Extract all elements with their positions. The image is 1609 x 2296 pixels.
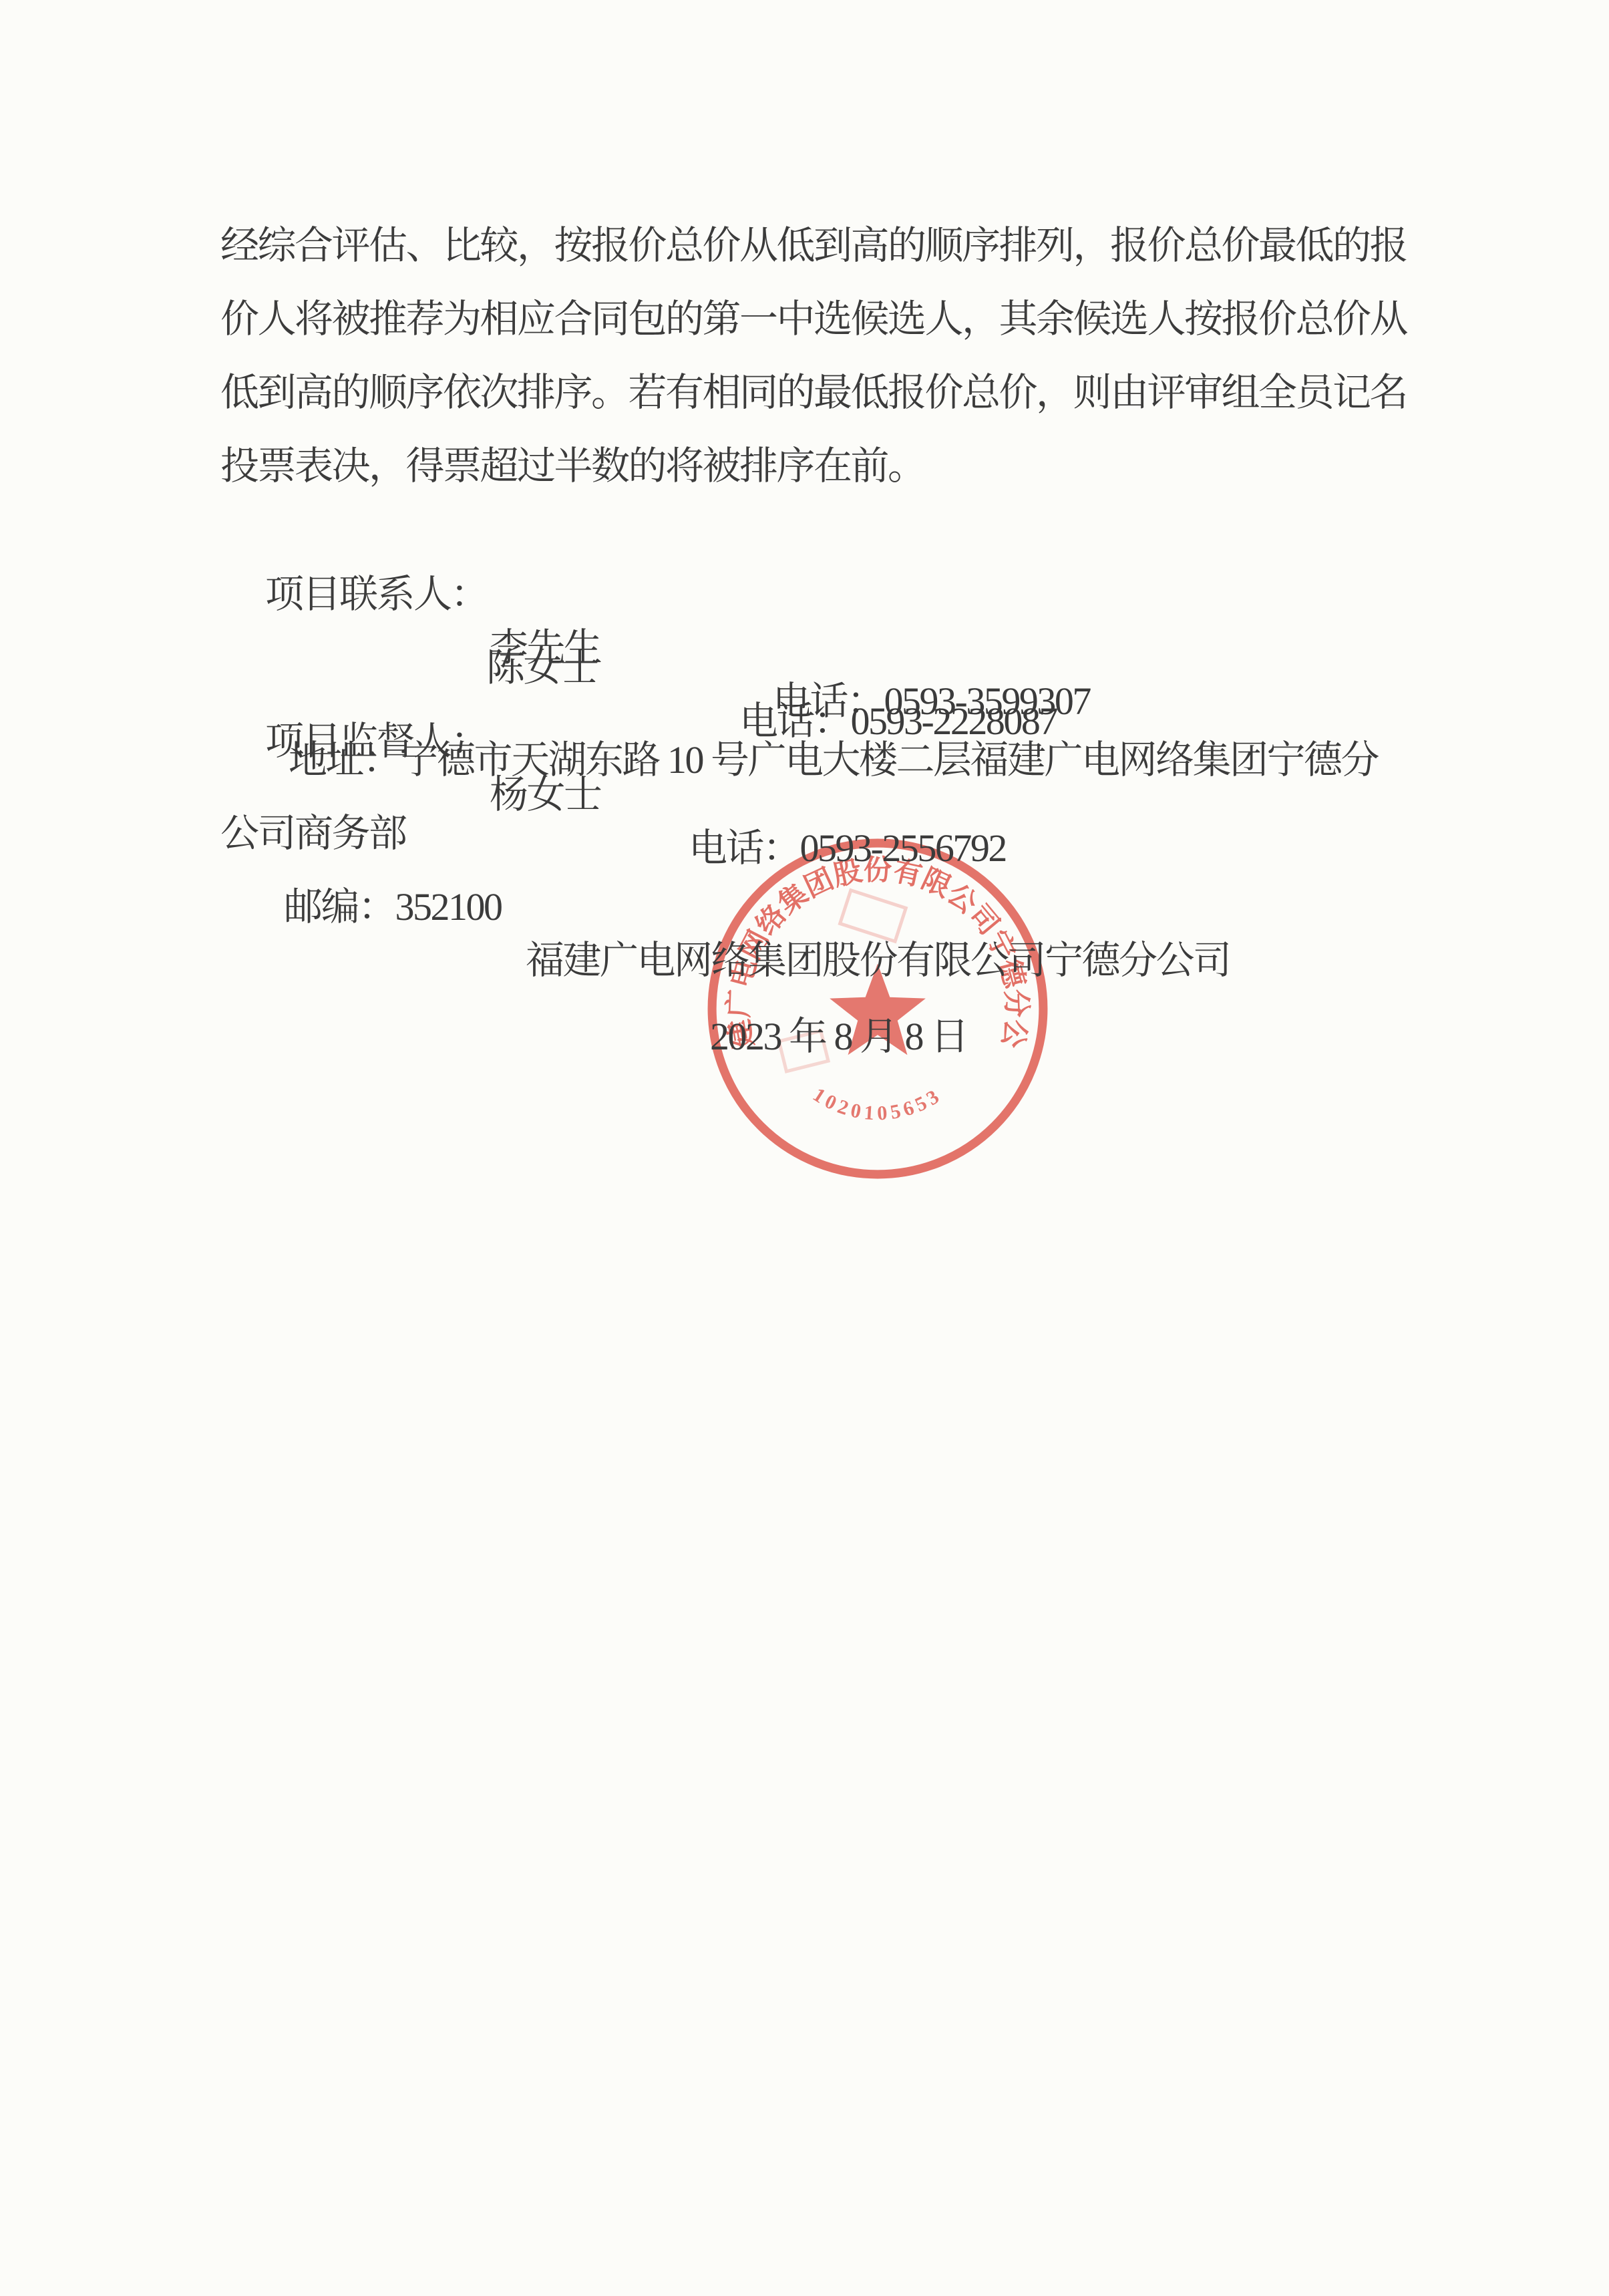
contact-row-3: 项目监督人： 杨女士 电话：0593-2556792 <box>0 661 32 929</box>
signature-company: 福建广电网络集团股份有限公司宁德分公司 <box>526 934 1230 987</box>
supervisor-phone: 电话：0593-2556792 <box>689 822 1006 875</box>
signature-date: 2023 年 8 月 8 日 <box>710 1010 968 1063</box>
contact-name: 陈女士 <box>486 641 598 695</box>
document-page: 经综合评估、比较，按报价总价从低到高的顺序排列，报价总价最低的报 价人将被推荐为… <box>0 0 1609 2296</box>
paragraph-line-3: 低到高的顺序依次排序。若有相同的最低报价总价，则由评审组全员记名 <box>220 366 1407 420</box>
address-line-2: 公司商务部 <box>220 807 406 860</box>
postal-code-line: 邮编：352100 <box>284 880 502 934</box>
paragraph-line-4: 投票表决，得票超过半数的将被排序在前。 <box>220 440 925 493</box>
official-seal-stamp: 福建广电网络集团股份有限公司宁德分公司 1020105653 <box>703 834 1053 1184</box>
seal-serial-number: 1020105653 <box>809 1083 946 1124</box>
address-line-1: 地址：宁德市天湖东路 10 号广电大楼二层福建广电网络集团宁德分 <box>289 733 1378 787</box>
paragraph-line-1: 经综合评估、比较，按报价总价从低到高的顺序排列，报价总价最低的报 <box>220 219 1407 273</box>
contact-role-label: 项目联系人： <box>265 568 488 621</box>
paragraph-line-2: 价人将被推荐为相应合同包的第一中选候选人，其余候选人按报价总价从 <box>220 293 1407 346</box>
